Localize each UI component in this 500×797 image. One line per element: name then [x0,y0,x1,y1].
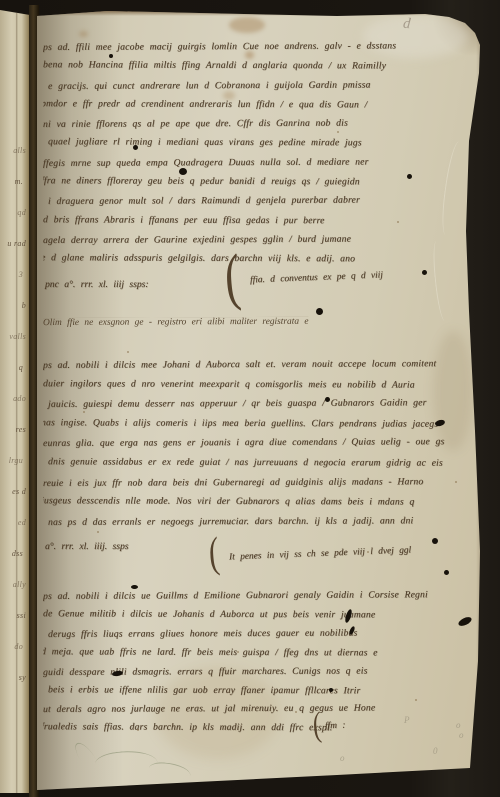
manuscript-line: reuie i eis jux ffr nob dara beis dni Gu… [43,472,475,493]
margin-fragment: q [0,352,30,383]
ink-blot [133,145,138,150]
manuscript-line: duier ingilors ques d nro venerint meexp… [43,374,475,395]
speck [237,651,239,653]
ink-blot [179,168,187,175]
manuscript-line: frualedis sais ffias. dars barchn. ip kl… [43,719,475,739]
manuscript-line: pmdor e ffr predr ad crendinent andrerar… [43,94,475,115]
manuscript-line: de Genue militib i dilcis ue Johanis d A… [43,605,475,625]
margin-fragment: es d [0,476,30,507]
entry-3-end-mark: (ffm : [313,711,345,741]
manuscript-line: ps ad. ffili mee jacobe macij guirgis lo… [43,37,475,57]
speck [415,699,417,701]
entry-2: ps ad. nobili i dilcis mee Johani d Aubo… [43,355,475,531]
manuscript-line: i draguera genor mult sol / dars Raimund… [48,190,475,211]
manuscript-line: derugs ffris liuqs errans gliues honore … [48,624,475,645]
ink-blot [329,688,333,692]
notarial-paren-icon: ( [207,532,221,577]
margin-fragment: res [0,414,30,445]
registration-note: Olim ffie ne exsgnon ge - registro eri a… [43,316,467,328]
manuscript-line: d meja. que uab ffris ne lard. ffr beis … [43,643,475,663]
entry-1-subscription: (ffia. d conventus ex pe q d viij [225,263,383,293]
subscription-text: It penes in vij ss ch se pde viij l dvej… [229,546,411,563]
manuscript-line: jauicis. guiespi demu desserr nas apperu… [48,393,475,414]
manuscript-line: bena nob Hancina ffilia miltis ffing Arn… [43,56,475,77]
speck [455,481,457,483]
strip-blank-top [0,7,30,135]
manuscript-line: ps ad. nobili i dilcis ue Guillms d Emil… [43,587,475,607]
ink-blot [432,538,438,544]
margin-fragment: ed [0,507,30,538]
speck [83,411,85,413]
faint-doodle [72,739,96,766]
manuscript-line: ps ad. nobili i dilcis mee Johani d Aubo… [43,355,475,376]
speck [397,221,399,223]
entry-1-date: pnc a°. rrr. xl. iiij ssps: [45,279,149,290]
subscription-text: ffm : [325,721,346,732]
manuscript-line: d bris ffrans Abraris i ffanans per euu … [43,210,475,231]
manuscript-page: d ps ad. ffili mee jacobe macij guirgis … [37,11,489,797]
margin-fragment: ally [0,569,30,600]
manuscript-photo: { "photo": { "background_color": "#1a161… [0,0,500,797]
pencil-mark: o [456,720,461,730]
speck [337,131,339,133]
margin-fragment: sy [0,662,30,693]
speck [127,351,129,353]
margin-fragment: qd [0,197,30,228]
faint-doodle [94,748,157,769]
entry-1: ps ad. ffili mee jacobe macij guirgis lo… [43,37,475,269]
margin-fragment: m. [0,166,30,197]
manuscript-line: jusgeus desscendis nlle mode. Nos viri d… [43,491,475,512]
entry-2-subscription: (It penes in vij ss ch se pde viij l dve… [209,539,411,569]
manuscript-line: dnis genuie assidabus er ex rede guiat /… [48,452,475,473]
speck [97,531,99,533]
margin-fragment: b [0,290,30,321]
pencil-mark: o [340,753,345,763]
pencil-mark: 0 [433,746,438,756]
margin-fragment: alls [0,135,30,166]
manuscript-line: quael jugliare rl riming i mediani quas … [48,133,475,154]
stain [229,17,265,33]
manuscript-line: nas ps d das erranls er negoegs jurremuc… [48,511,475,532]
margin-fragment: ado [0,383,30,414]
ink-blot [444,570,449,575]
ink-blot [131,585,138,589]
faint-doodle [149,761,192,776]
ink-blot [109,54,113,58]
speck [295,711,297,713]
manuscript-line: ut derals agro nos jurlauge ne eras. ut … [43,699,475,720]
margin-fragment: ssi [0,600,30,631]
manuscript-line: ni va rinie fflorens qs al pe ape que dr… [43,113,475,134]
speck [187,481,189,483]
entry-3: ps ad. nobili i dilcis ue Guillms d Emil… [43,587,475,738]
manuscript-line: ffegis mrne sup queda empa Quadragera Du… [43,152,475,173]
ink-blot [316,308,323,315]
ink-blot [325,397,330,402]
manuscript-line: agela derray arrera der Gaurine exjedini… [43,229,475,250]
entry-2-date: a°. rrr. xl. iiij. ssps [45,541,129,552]
manuscript-line: nas ingise. Quabs i alijs comeris i iips… [43,413,475,434]
margin-fragment: do [0,631,30,662]
manuscript-line: e gracijs. qui cunct andrerare lun d Cob… [48,75,475,96]
facing-page-edge: alls m. qd u rad 3 b valls q ado res lrg… [0,7,30,793]
margin-fragment: lrgu [0,445,30,476]
margin-fragment: dss [0,538,30,569]
speck [137,729,139,731]
pencil-mark: o [459,730,464,740]
ink-blot [422,270,427,275]
subscription-text: ffia. d conventus ex pe q d viij [250,270,383,285]
manuscript-line: guidi desspare nlili dsmagris. errars q … [43,662,475,683]
margin-fragment: u rad [0,228,30,259]
pencil-mark: P [404,715,410,725]
ink-blot [407,174,412,179]
speck [367,551,369,553]
manuscript-line: beis i erbis ue iffene nlilis gar uob er… [48,681,475,701]
margin-fragment: valls [0,321,30,352]
manuscript-line: eunras glia. que erga nas gens er jouani… [43,432,475,453]
notarial-paren-icon: ( [311,704,323,749]
margin-fragment: 3 [0,259,30,290]
